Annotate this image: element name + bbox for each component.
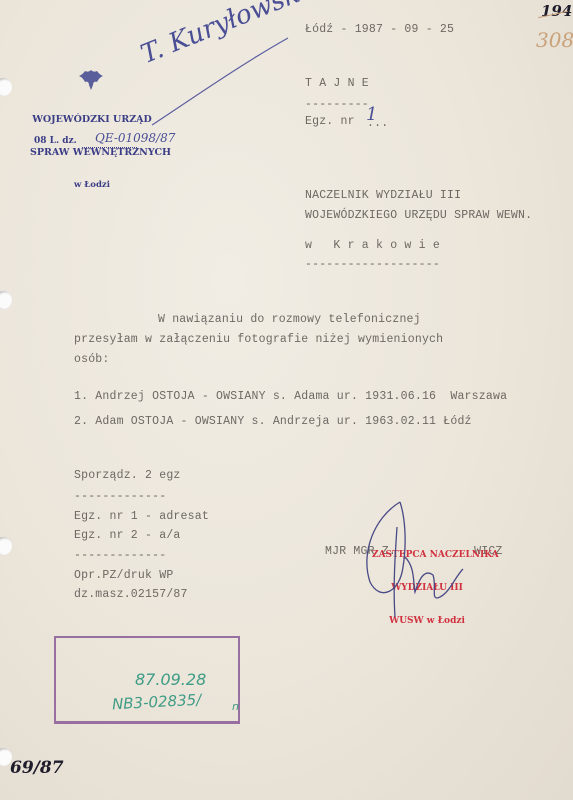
addressee-city: w K r a k o w i e <box>305 239 440 252</box>
punch-hole <box>0 78 12 96</box>
distribution-separator: ------------- <box>74 549 166 562</box>
office-stamp-line2: SPRAW WEWNĘTRZNYCH <box>30 147 154 158</box>
ref-number: QE-01098/87 <box>95 131 175 145</box>
addressee-underline: ------------------- <box>305 258 440 271</box>
body-line1: W nawiązaniu do rozmowy telefonicznej <box>158 313 421 326</box>
addressee-line1: NACZELNIK WYDZIAŁU III <box>305 189 461 202</box>
copy-1-recipient: Egz. nr 1 - adresat <box>74 510 209 523</box>
copies-made: Sporządz. 2 egz <box>74 469 181 482</box>
copy-label: Egz. nr <box>305 115 355 128</box>
punch-hole <box>0 537 12 555</box>
signature-icon <box>345 497 485 622</box>
receipt-date: 87.09.28 <box>135 670 206 689</box>
punch-hole <box>0 291 12 309</box>
ref-label: 08 L. dz. <box>34 136 77 146</box>
distribution-separator: ------------- <box>74 490 166 503</box>
body-line3: osób: <box>74 353 110 366</box>
copy-2-recipient: Egz. nr 2 - a/a <box>74 529 181 542</box>
person-item: 1. Andrzej OSTOJA - OWSIANY s. Adama ur.… <box>74 390 507 403</box>
bottom-note: 69/87 <box>10 758 64 778</box>
document-page: WOJEWÓDZKI URZĄD SPRAW WEWNĘTRZNYCH w Ło… <box>0 0 573 800</box>
copy-number: 1 <box>366 104 377 125</box>
classification-underline: --------- <box>305 98 369 111</box>
ref-dotted-line <box>82 147 137 148</box>
body-line2: przesyłam w załączeniu fotografie niżej … <box>74 333 443 346</box>
office-stamp-line3: w Łodzi <box>30 180 154 191</box>
typing-reference: dz.masz.02157/87 <box>74 588 188 601</box>
archive-number-bottom: 308 <box>536 28 573 52</box>
person-item: 2. Adam OSTOJA - OWSIANY s. Andrzeja ur.… <box>74 415 472 428</box>
signature-underline <box>150 20 290 130</box>
date-line: Łódź - 1987 - 09 - 25 <box>305 23 454 36</box>
prepared-by: Opr.PZ/druk WP <box>74 569 173 582</box>
office-stamp: WOJEWÓDZKI URZĄD SPRAW WEWNĘTRZNYCH w Ło… <box>30 92 154 213</box>
receipt-suffix: n <box>232 700 239 713</box>
eagle-emblem-icon <box>78 68 104 92</box>
addressee-line2: WOJEWÓDZKIEGO URZĘDU SPRAW WEWN. <box>305 209 532 222</box>
classification-label: T A J N E <box>305 77 369 90</box>
office-stamp-line1: WOJEWÓDZKI URZĄD <box>30 114 154 125</box>
